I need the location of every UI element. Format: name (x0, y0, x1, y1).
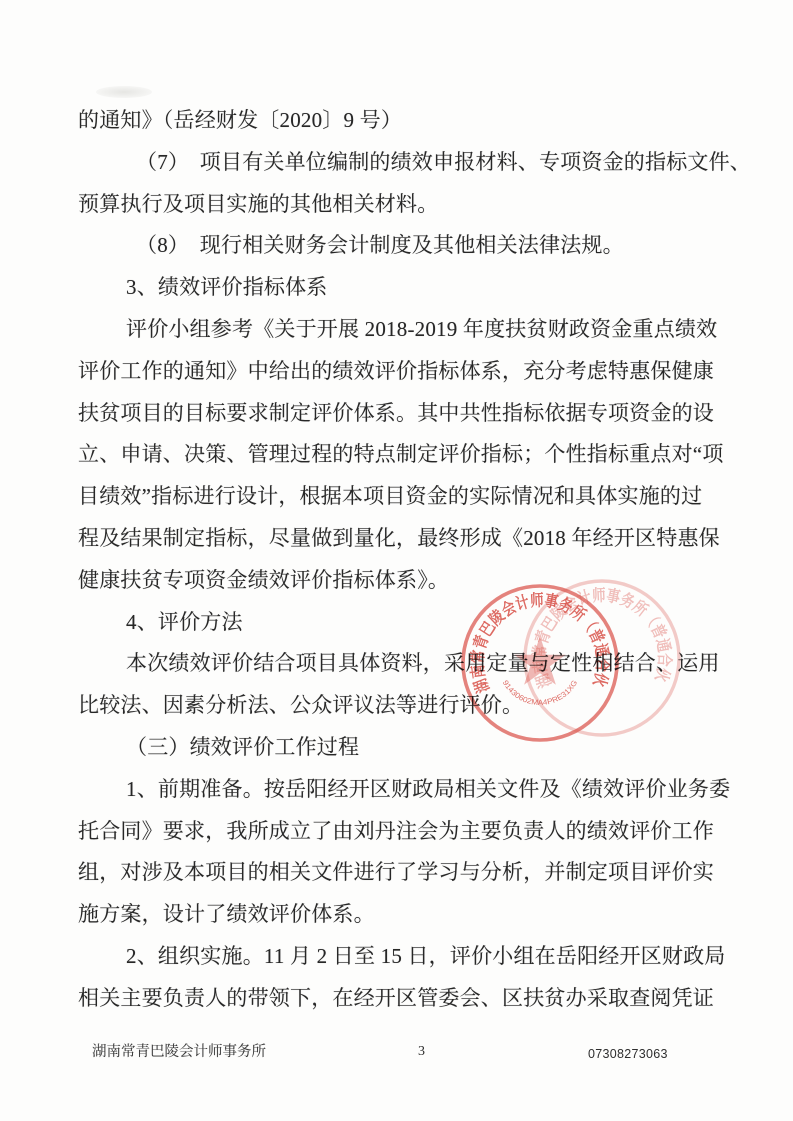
text-line: 程及结果制定指标，尽量做到量化，最终形成《2018 年经开区特惠保 (78, 518, 738, 560)
text-line: 扶贫项目的目标要求制定评价体系。其中共性指标依据专项资金的设 (78, 393, 738, 435)
text-line: 组，对涉及本项目的相关文件进行了学习与分析，并制定项目评价实 (78, 852, 738, 894)
text-line: 2、组织实施。11 月 2 日至 15 日，评价小组在岳阳经开区财政局 (78, 936, 738, 978)
text-line: 目绩效”指标进行设计，根据本项目资金的实际情况和具体实施的过 (78, 476, 738, 518)
text-line: 3、绩效评价指标体系 (78, 267, 738, 309)
text-line: 评价小组参考《关于开展 2018-2019 年度扶贫财政资金重点绩效 (78, 309, 738, 351)
text-line: 评价工作的通知》中给出的绩效评价指标体系，充分考虑特惠保健康 (78, 351, 738, 393)
text-line: 1、前期准备。按岳阳经开区财政局相关文件及《绩效评价业务委 (78, 769, 738, 811)
text-line: 立、申请、决策、管理过程的特点制定评价指标；个性指标重点对“项 (78, 434, 738, 476)
footer-doc-code: 07308273063 (588, 1047, 668, 1061)
footer-firm-name: 湖南常青巴陵会计师事务所 (92, 1040, 266, 1061)
text-line: 施方案，设计了绩效评价体系。 (78, 894, 738, 936)
text-line: 相关主要负责人的带领下，在经开区管委会、区扶贫办采取查阅凭证 (78, 978, 738, 1020)
company-seal-stamp: 湖南常青巴陵会计师事务所（普通合伙） 湖南常青巴陵会计师事务所（普通合伙） 91… (420, 555, 690, 755)
text-line: 预算执行及项目实施的其他相关材料。 (78, 184, 738, 226)
text-line: （8） 现行相关财务会计制度及其他相关法律法规。 (78, 225, 738, 267)
scan-smudge (96, 86, 152, 98)
text-line: （7） 项目有关单位编制的绩效申报材料、专项资金的指标文件、 (78, 142, 738, 184)
text-line: 的通知》（岳经财发〔2020〕9 号） (78, 100, 738, 142)
footer-page-number: 3 (418, 1044, 425, 1060)
seal-main-impression: 湖南常青巴陵会计师事务所（普通合伙） 91430602MA4PRE31XG (463, 586, 617, 740)
text-line: 托合同》要求，我所成立了由刘丹注会为主要负责人的绩效评价工作 (78, 811, 738, 853)
document-page: 的通知》（岳经财发〔2020〕9 号）（7） 项目有关单位编制的绩效申报材料、专… (0, 0, 793, 1121)
